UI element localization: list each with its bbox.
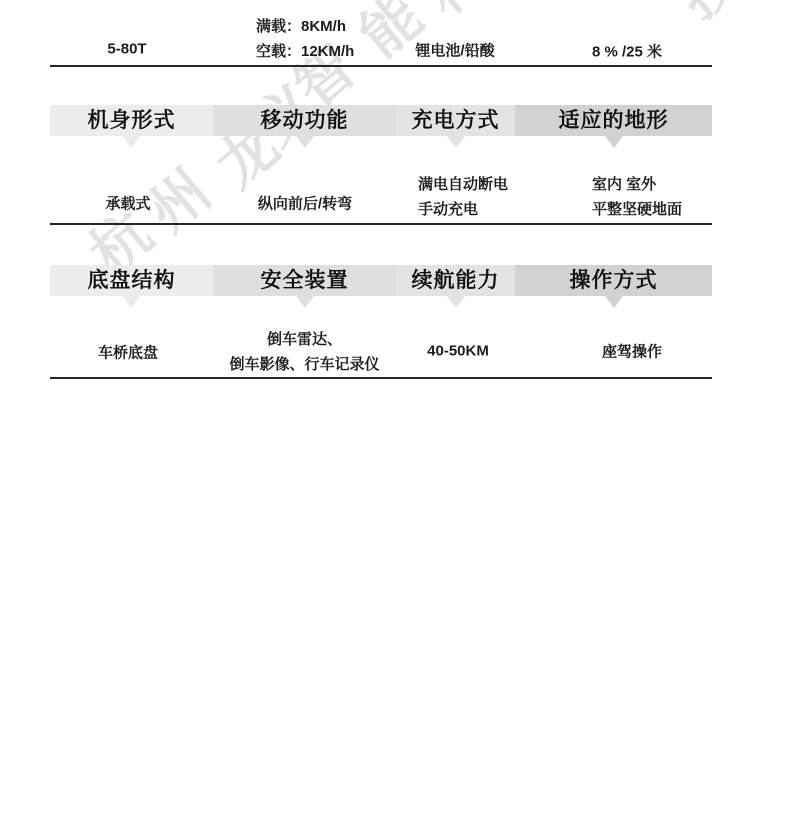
gradeability-value: 8 % /25 米 (592, 41, 662, 62)
speed-values: 满载：8KM/h 空载：12KM/h (256, 14, 354, 64)
tonnage-value: 5-80T (107, 41, 146, 58)
header-pointer-icon (296, 296, 314, 308)
battery-type-value: 锂电池/铅酸 (415, 40, 494, 61)
header-safety: 安全装置 (213, 265, 396, 296)
divider-line (50, 223, 712, 225)
range-value: 40-50KM (427, 343, 489, 360)
movement-value: 纵向前后/转弯 (258, 193, 352, 214)
terrain-values: 室内 室外 平整坚硬地面 (592, 172, 682, 222)
header-charging: 充电方式 (396, 105, 515, 136)
terrain-line1: 室内 室外 (592, 172, 682, 197)
terrain-line2: 平整坚硬地面 (592, 197, 682, 222)
header-operation: 操作方式 (515, 265, 712, 296)
header-pointer-icon (122, 136, 140, 148)
header-range: 续航能力 (396, 265, 515, 296)
header-pointer-icon (447, 296, 465, 308)
speed-full-load: 满载：8KM/h (256, 14, 354, 39)
header-terrain: 适应的地形 (515, 105, 712, 136)
body-type-value: 承载式 (105, 193, 150, 214)
safety-values: 倒车雷达、 倒车影像、行车记录仪 (213, 327, 396, 377)
charging-line2: 手动充电 (418, 197, 508, 222)
watermark-char: 技 (657, 0, 755, 35)
safety-line1: 倒车雷达、 (213, 327, 396, 352)
header-pointer-icon (605, 296, 623, 308)
spec-sheet: 杭 州 龙 义 智 能 科 技 5-80T 满载：8KM/h 空载：12KM/h… (0, 0, 790, 833)
divider-line (50, 377, 712, 379)
header-pointer-icon (447, 136, 465, 148)
charging-line1: 满电自动断电 (418, 172, 508, 197)
speed-empty-load: 空载：12KM/h (256, 39, 354, 64)
header-pointer-icon (122, 296, 140, 308)
header-pointer-icon (296, 136, 314, 148)
header-movement: 移动功能 (213, 105, 396, 136)
operation-value: 座驾操作 (602, 341, 662, 362)
chassis-value: 车桥底盘 (98, 342, 158, 363)
divider-line (50, 65, 712, 67)
charging-values: 满电自动断电 手动充电 (418, 172, 508, 222)
header-chassis: 底盘结构 (50, 265, 213, 296)
safety-line2: 倒车影像、行车记录仪 (213, 352, 396, 377)
header-pointer-icon (605, 136, 623, 148)
header-body-type: 机身形式 (50, 105, 213, 136)
